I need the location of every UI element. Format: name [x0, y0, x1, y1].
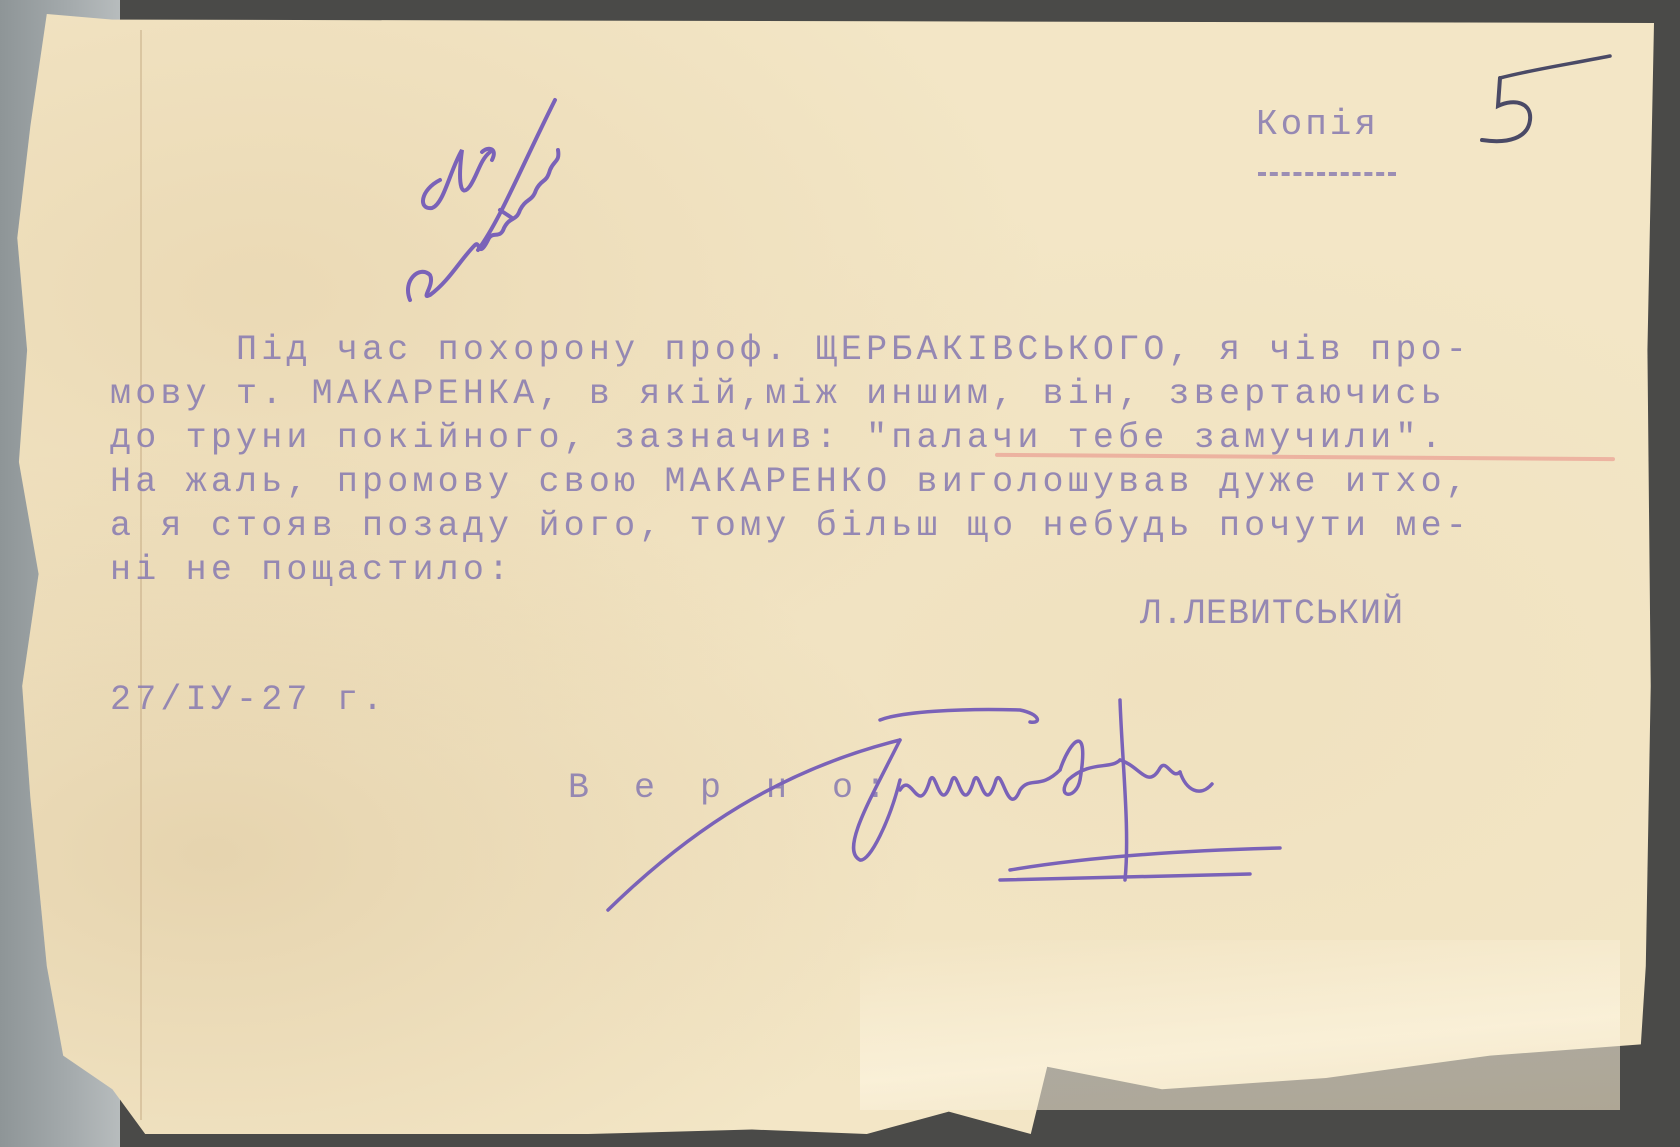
body-line-4: На жаль, промову свою МАКАРЕНКО виголошу…: [110, 462, 1471, 502]
body-line-2: мову т. МАКАРЕНКА, в якій,між иншим, він…: [110, 374, 1446, 414]
copy-label-underline: [1258, 172, 1396, 176]
document-date: 27/IУ-27 г.: [110, 680, 387, 720]
copy-label: Копія: [1256, 104, 1379, 145]
margin-annotation-handwritten: [400, 90, 600, 330]
body-line-5: а я стояв позаду його, тому більш що неб…: [110, 506, 1471, 546]
body-line-1: Під час похорону проф. ЩЕРБАКІВСЬКОГО, я…: [110, 330, 1471, 370]
signer-name: Л.ЛЕВИТСЬКИЙ: [1140, 594, 1404, 634]
body-line-6: ні не пощастило:: [110, 550, 513, 590]
page-number-handwritten: [1470, 58, 1630, 158]
body-line-3: до труни покійного, зазначив: "палачи те…: [110, 418, 1446, 458]
certification-signature: [600, 680, 1460, 920]
